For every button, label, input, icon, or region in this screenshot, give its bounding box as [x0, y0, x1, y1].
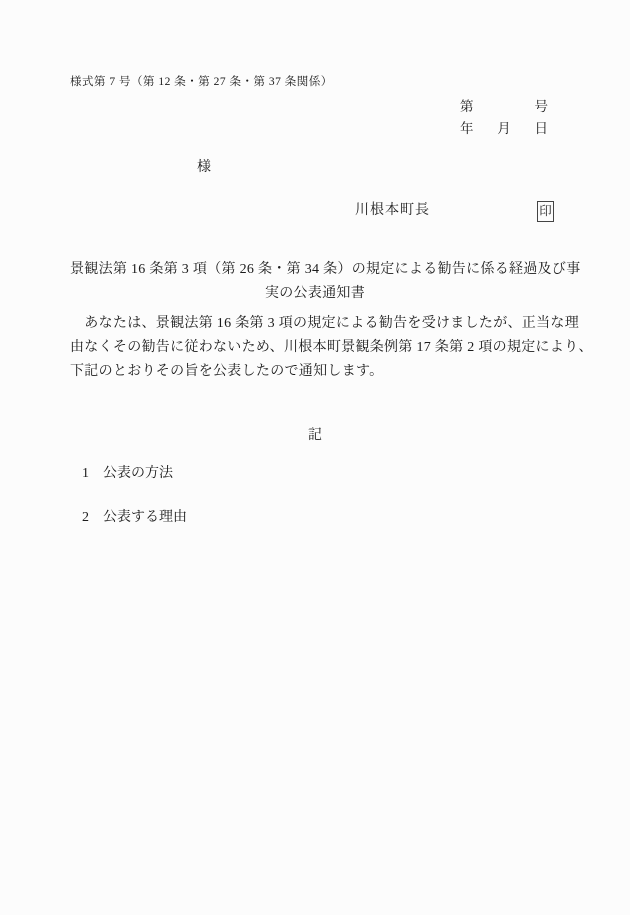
body-paragraph: あなたは、景観法第 16 条第 3 項の規定による勧告を受けましたが、正当な理 … [70, 312, 560, 384]
seal-stamp: 印 [537, 201, 554, 222]
date-year-label: 年 [460, 118, 474, 140]
document-date-line: 年 月 日 [460, 118, 548, 140]
notice-marker: 記 [70, 424, 560, 448]
document-number-line: 第 号 [460, 96, 548, 118]
date-month-label: 月 [497, 118, 511, 140]
item-label: 公表する理由 [103, 510, 187, 525]
doc-number-prefix: 第 [460, 96, 474, 118]
item-list: 1公表の方法 2公表する理由 [70, 462, 560, 530]
list-item-publication-reason: 2公表する理由 [70, 506, 560, 530]
doc-number-suffix: 号 [535, 96, 549, 118]
addressee-line: 様 [70, 158, 560, 178]
date-day-label: 日 [535, 118, 549, 140]
addressee-honorific: 様 [197, 160, 211, 175]
document-page: 様式第 7 号（第 12 条・第 27 条・第 37 条関係） 第 号 年 月 … [0, 0, 630, 915]
sender-line: 川根本町長 印 [70, 200, 560, 222]
item-number: 2 [82, 506, 103, 530]
item-number: 1 [82, 462, 103, 486]
document-reference-block: 第 号 年 月 日 [460, 96, 548, 140]
sender-name: 川根本町長 [355, 200, 430, 222]
list-item-publication-method: 1公表の方法 [70, 462, 560, 486]
form-number-note: 様式第 7 号（第 12 条・第 27 条・第 37 条関係） [70, 74, 560, 90]
document-title: 景観法第 16 条第 3 項（第 26 条・第 34 条）の規定による勧告に係る… [70, 258, 560, 306]
item-label: 公表の方法 [103, 466, 173, 481]
